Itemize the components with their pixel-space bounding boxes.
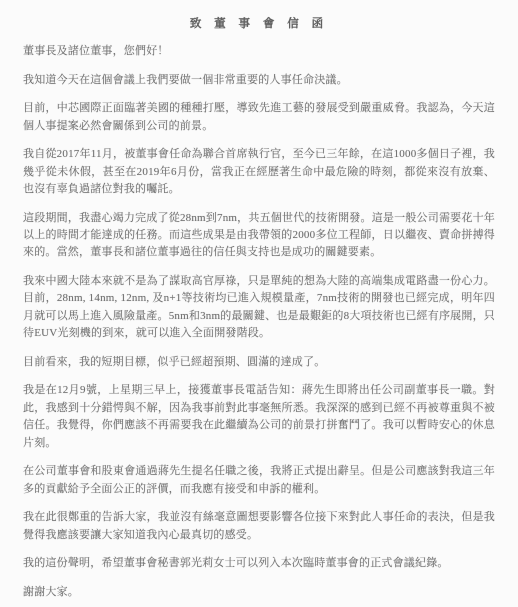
letter-paragraph-context: 目前，中芯國際正面臨著美國的種種打壓，導致先進工藝的發展受到嚴重威脅。我認為，今…	[23, 100, 495, 135]
letter-paragraph-greeting: 董事長及諸位董事，您們好！	[23, 43, 495, 60]
letter-paragraph-achievements: 這段期間，我盡心竭力完成了從28nm到7nm，共五個世代的技術開發。這是一般公司…	[23, 210, 495, 262]
letter-paragraph-statement: 我在此很鄭重的告訴大家，我並沒有絲毫意圖想要影響各位接下來對此人事任命的表決，但…	[23, 509, 495, 544]
letter-paragraph-tenure: 我自從2017年11月，被董事會任命為聯合首席執行官，至今已三年餘，在這1000…	[23, 146, 495, 198]
letter-body: 董事長及諸位董事，您們好！ 我知道今天在這個會議上我們要做一個非常重要的人事任命…	[23, 43, 495, 601]
letter-paragraph-record-request: 我的這份聲明，希望董事會秘書郭光莉女士可以列入本次臨時董事會的正式會議紀錄。	[23, 555, 495, 572]
letter-paragraph-goals: 目前看來，我的短期目標，似乎已經超預期、圓滿的達成了。	[23, 354, 495, 371]
letter-page: 致 董 事 會 信 函 董事長及諸位董事，您們好！ 我知道今天在這個會議上我們要…	[0, 0, 518, 607]
letter-paragraph-technology: 我來中國大陸本來就不是為了謀取高官厚祿，只是單純的想為大陸的高端集成電路盡一份心…	[23, 273, 495, 343]
letter-paragraph-closing: 謝謝大家。	[23, 584, 495, 601]
letter-paragraph-intro: 我知道今天在這個會議上我們要做一個非常重要的人事任命決議。	[23, 72, 495, 89]
letter-paragraph-phone-call: 我是在12月9號，上星期三早上，接獲董事長電話告知：蔣先生即將出任公司副董事長一…	[23, 382, 495, 452]
letter-paragraph-resignation: 在公司董事會和股東會通過蔣先生提名任職之後，我將正式提出辭呈。但是公司應該對我這…	[23, 463, 495, 498]
letter-title: 致 董 事 會 信 函	[23, 15, 495, 31]
